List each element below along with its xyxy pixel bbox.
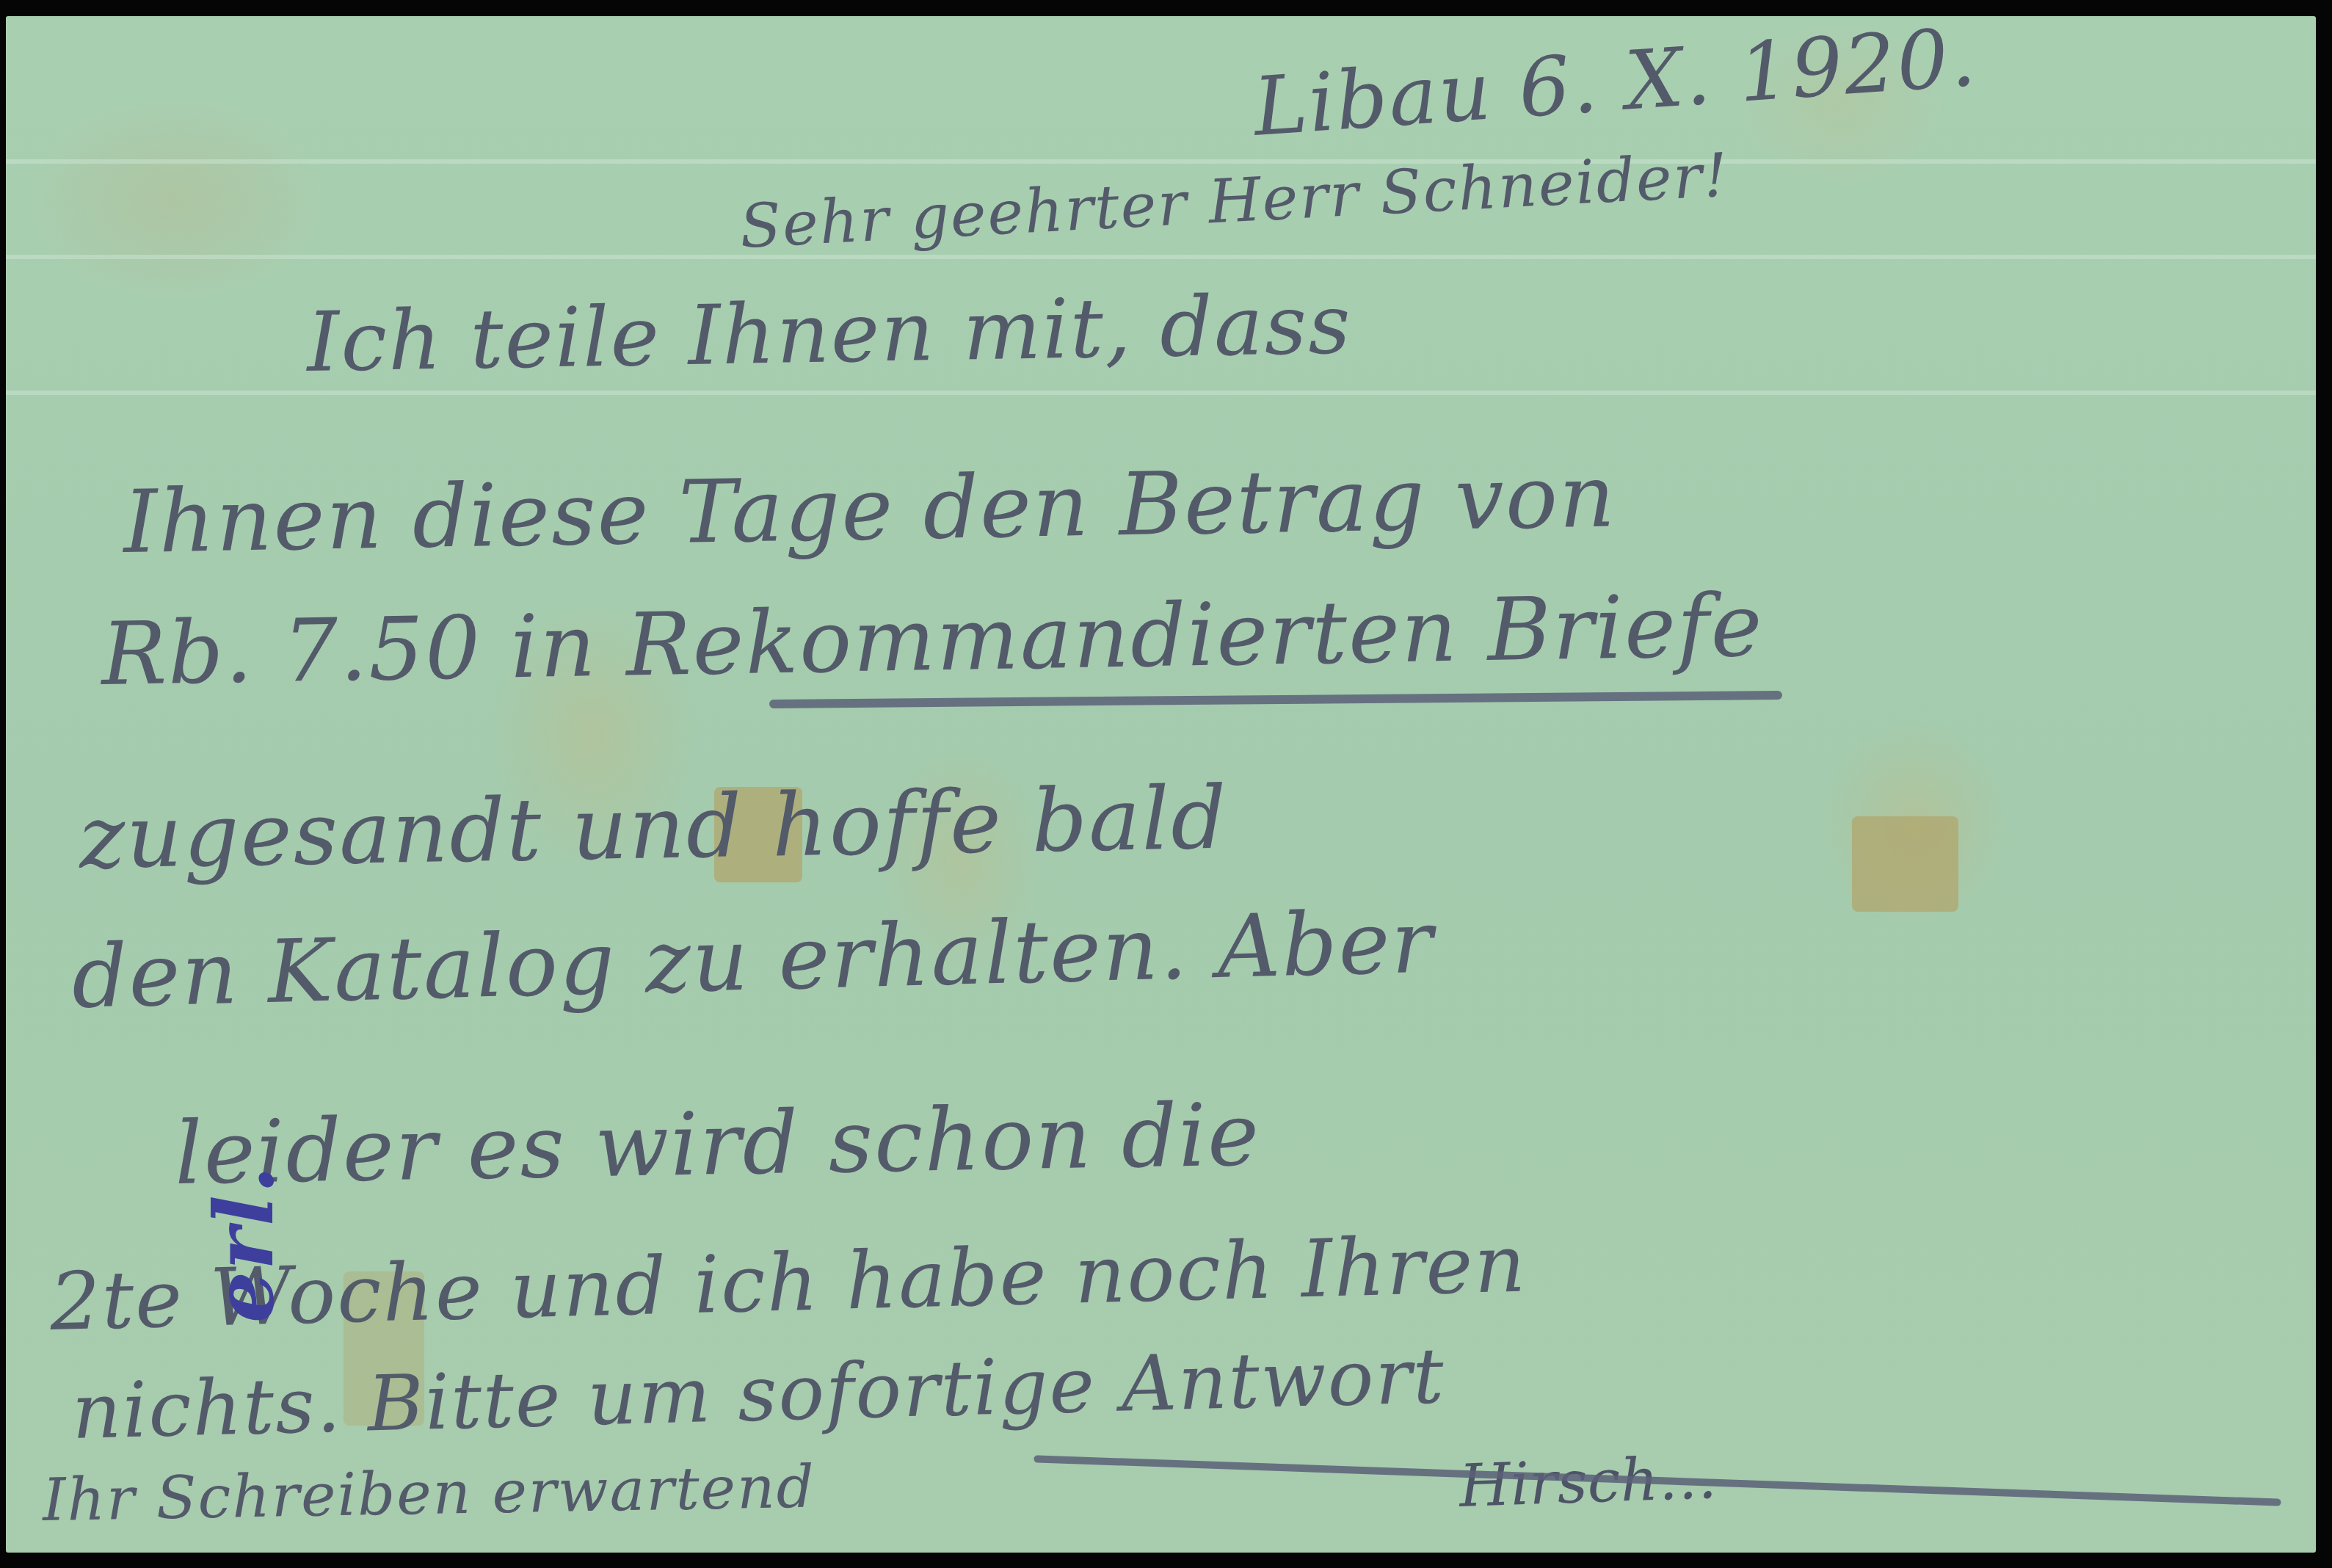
tape-residue: [1852, 816, 1958, 912]
underline-stroke: [769, 691, 1782, 708]
body-line-3: Rb. 7.50 in Rekommandierten Briefe: [101, 574, 1765, 705]
paper-crease: [6, 255, 2316, 259]
body-line-1: Ich teile Ihnen mit, dass: [306, 277, 1353, 391]
body-line-2: Ihnen diese Tage den Betrag von: [123, 446, 1617, 573]
body-line-6: leider es wird schon die: [174, 1084, 1261, 1204]
body-line-5: den Katalog zu erhalten. Aber: [70, 890, 1435, 1028]
body-line-4: zugesandt und hoffe bald: [79, 767, 1229, 888]
body-line-8: nichts. Bitte um sofortige Antwort: [70, 1331, 1446, 1456]
place-date: Libau 6. X. 1920.: [1251, 10, 1980, 154]
paper-crease: [6, 159, 2316, 164]
closing-line: Ihr Schreiben erwartend: [42, 1453, 816, 1534]
blue-crayon-annotation: erl.: [197, 1164, 291, 1323]
paper-crease: [6, 391, 2316, 395]
postcard: Libau 6. X. 1920. Sehr geehrter Herr Sch…: [6, 16, 2316, 1553]
